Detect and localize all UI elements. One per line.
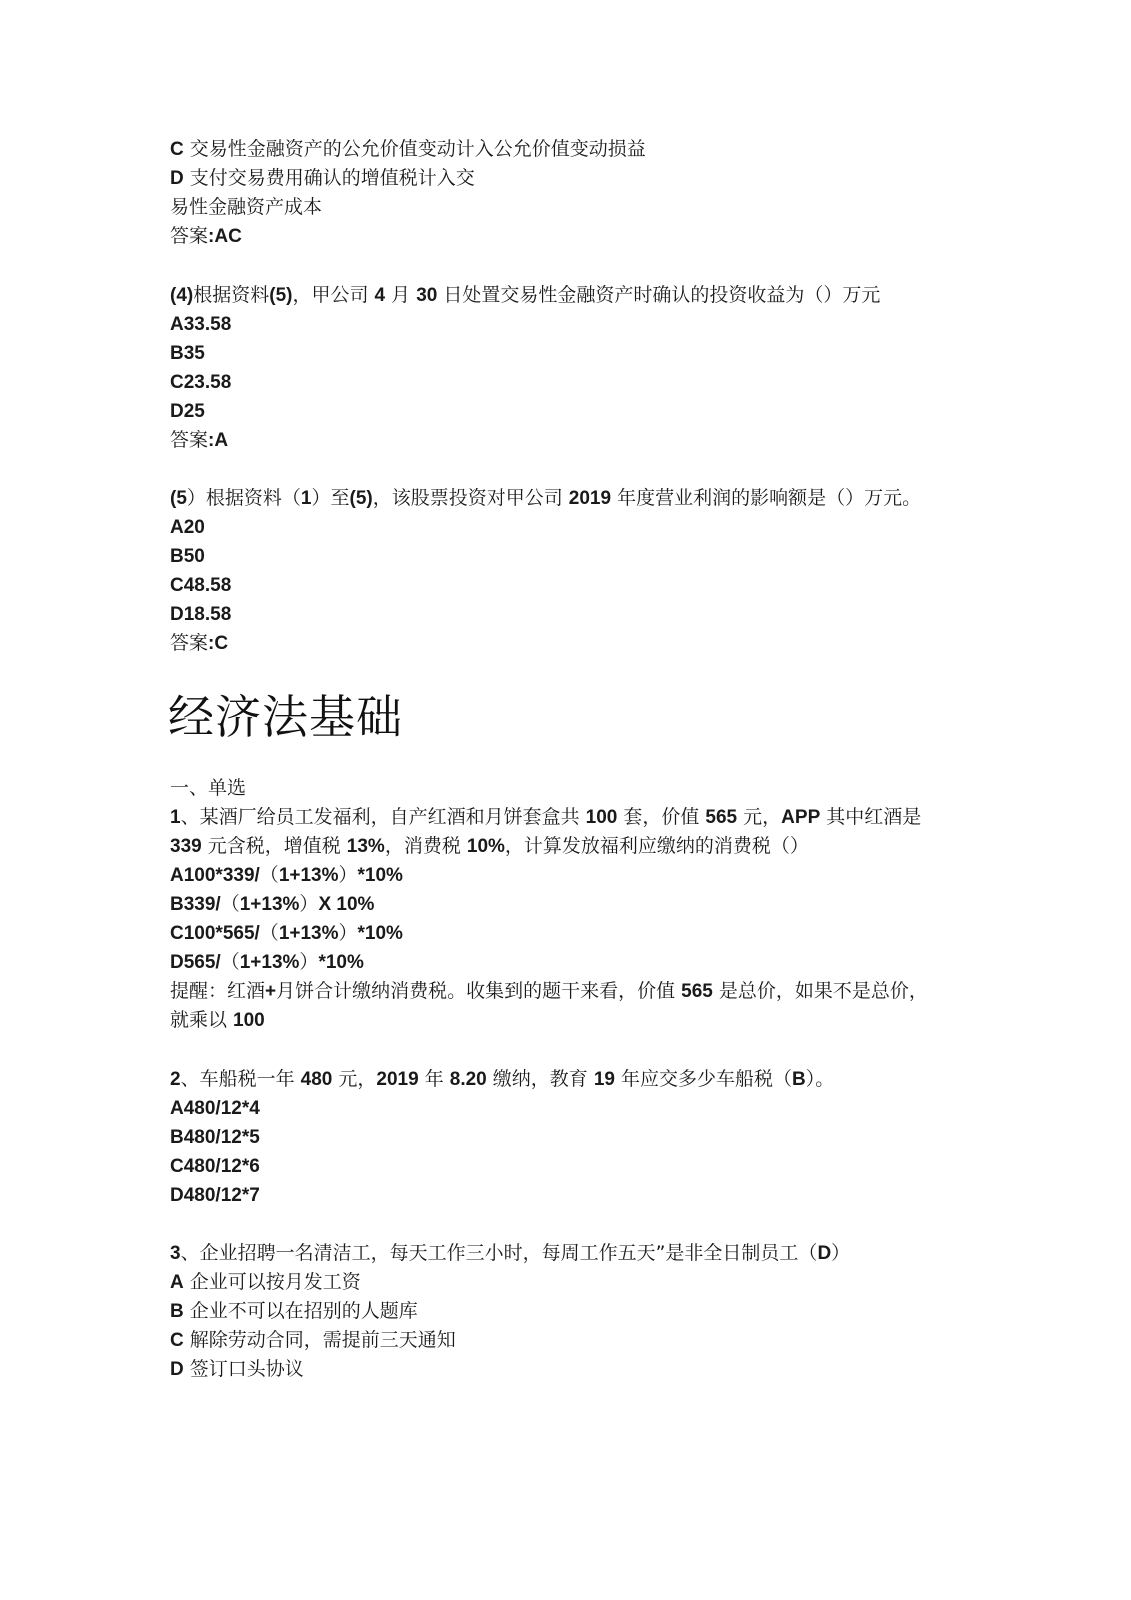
text-run: B50	[170, 546, 205, 567]
text-run: 339	[170, 836, 202, 857]
text-run: ，消费税	[385, 835, 467, 857]
text-run: D18.58	[170, 604, 231, 625]
q5-option-b: B50	[170, 544, 205, 569]
q5-option-a: A20	[170, 515, 205, 540]
text-run: 解除劳动合同，需提前三天通知	[184, 1329, 456, 1351]
section-heading-economic-law: 经济法基础	[168, 690, 403, 744]
text-run: ）	[831, 1242, 850, 1264]
text-run: ）	[299, 893, 318, 915]
e2-option-c: C480/12*6	[170, 1154, 260, 1179]
q4-option-c: C23.58	[170, 370, 231, 395]
text-run: ，该股票投资对甲公司	[373, 487, 569, 509]
text-run: 企业可以按月发工资	[184, 1271, 361, 1293]
text-run: 19	[594, 1069, 615, 1090]
text-run: D25	[170, 401, 205, 422]
text-run: 、某酒厂给员工发福利，自产红酒和月饼套盒共	[181, 806, 586, 828]
text-run: +	[265, 981, 276, 1002]
text-run: APP	[781, 807, 820, 828]
text-run: ）。	[806, 1068, 835, 1090]
text-run: A33.58	[170, 314, 231, 335]
text-run: 元，	[737, 806, 781, 828]
text-run: 1+13%	[240, 894, 300, 915]
text-run: 1+13%	[279, 865, 339, 886]
text-run: *10%	[358, 865, 403, 886]
text-run: 年	[419, 1068, 450, 1090]
text-run: (5)	[350, 488, 373, 509]
text-run: 是总价，如果不是总价，	[713, 980, 928, 1002]
text-run: 一、单选	[170, 777, 246, 799]
text-run: D565/	[170, 952, 221, 973]
text-run: X 10%	[318, 894, 374, 915]
text-run: 30	[416, 285, 437, 306]
e1-stem: 1、某酒厂给员工发福利，自产红酒和月饼套盒共 100 套，价值 565 元，AP…	[170, 805, 921, 830]
q5-answer: 答案:C	[170, 631, 228, 656]
text-run: 交易性金融资产的公允价值变动计入公允价值变动损益	[184, 138, 646, 160]
e1-stem-cont: 339 元含税，增值税 13%，消费税 10%，计算发放福利应缴纳的消费税（）	[170, 834, 809, 859]
text-run: C48.58	[170, 575, 231, 596]
e1-tip: 提醒：红酒+月饼合计缴纳消费税。收集到的题干来看，价值 565 是总价，如果不是…	[170, 979, 928, 1004]
text-run: 月饼合计缴纳消费税。收集到的题干来看，价值	[276, 980, 681, 1002]
e1-option-d: D565/（1+13%）*10%	[170, 950, 364, 975]
q4-option-d: D25	[170, 399, 205, 424]
text-run: 480	[301, 1069, 333, 1090]
q5-option-d: D18.58	[170, 602, 231, 627]
text-run: C100*565/	[170, 923, 260, 944]
text-run: 套，价值	[617, 806, 705, 828]
text-run: C480/12*6	[170, 1156, 260, 1177]
text-run: 缴纳，教育	[487, 1068, 594, 1090]
text-run: ）	[299, 951, 318, 973]
text-run: 3	[170, 1243, 181, 1264]
text-run: B	[170, 1301, 184, 1322]
text-run: D	[170, 1359, 184, 1380]
text-run: 10%	[467, 836, 505, 857]
text-run: 签订口头协议	[184, 1358, 304, 1380]
text-run: (5	[170, 488, 187, 509]
e3-stem: 3、企业招聘一名清洁工，每天工作三小时，每周工作五天”是非全日制员工（D）	[170, 1241, 850, 1266]
text-run: 支付交易费用确认的增值税计入交	[184, 167, 475, 189]
text-run: 企业不可以在招别的人题库	[184, 1300, 418, 1322]
text-run: 1+13%	[240, 952, 300, 973]
q3-answer: 答案:AC	[170, 224, 242, 249]
q3-option-d-cont: 易性金融资产成本	[170, 195, 322, 219]
e2-option-b: B480/12*5	[170, 1125, 260, 1150]
q3-option-d: D 支付交易费用确认的增值税计入交	[170, 166, 475, 191]
q4-option-a: A33.58	[170, 312, 231, 337]
e2-option-d: D480/12*7	[170, 1183, 260, 1208]
text-run: B480/12*5	[170, 1127, 260, 1148]
text-run: ）根据资料（	[187, 487, 301, 509]
text-run: B339/	[170, 894, 221, 915]
text-run: (5)	[269, 285, 292, 306]
text-run: （	[221, 951, 240, 973]
q5-option-c: C48.58	[170, 573, 231, 598]
text-run: ）	[339, 864, 358, 886]
text-run: D	[817, 1243, 831, 1264]
text-run: （	[221, 893, 240, 915]
text-run: 8.20	[450, 1069, 487, 1090]
text-run: A480/12*4	[170, 1098, 260, 1119]
text-run: 1	[170, 807, 181, 828]
e3-option-b: B 企业不可以在招别的人题库	[170, 1299, 418, 1324]
text-run: （	[260, 922, 279, 944]
text-run: C	[170, 139, 184, 160]
text-run: *10%	[318, 952, 363, 973]
section-single-choice: 一、单选	[170, 776, 246, 800]
document-page: 经济法基础 C 交易性金融资产的公允价值变动计入公允价值变动损益D 支付交易费用…	[0, 0, 1131, 1600]
text-run: 元，	[332, 1068, 376, 1090]
text-run: :A	[208, 430, 228, 451]
text-run: 年度营业利润的影响额是（）万元。	[611, 487, 921, 509]
text-run: ）	[339, 922, 358, 944]
text-run: B35	[170, 343, 205, 364]
e1-option-a: A100*339/（1+13%）*10%	[170, 863, 403, 888]
text-run: 1	[301, 488, 312, 509]
text-run: 4	[375, 285, 386, 306]
text-run: *10%	[358, 923, 403, 944]
q5-stem: (5）根据资料（1）至(5)，该股票投资对甲公司 2019 年度营业利润的影响额…	[170, 486, 921, 511]
e1-tip-cont: 就乘以 100	[170, 1008, 265, 1033]
text-run: 565	[705, 807, 737, 828]
e3-option-a: A 企业可以按月发工资	[170, 1270, 361, 1295]
text-run: :AC	[208, 226, 242, 247]
q4-option-b: B35	[170, 341, 205, 366]
text-run: 根据资料	[193, 284, 269, 306]
text-run: B	[792, 1069, 806, 1090]
e3-option-d: D 签订口头协议	[170, 1357, 304, 1382]
text-run: 、企业招聘一名清洁工，每天工作三小时，每周工作五天”是非全日制员工（	[181, 1242, 818, 1264]
text-run: 100	[233, 1010, 265, 1031]
e2-option-a: A480/12*4	[170, 1096, 260, 1121]
text-run: 就乘以	[170, 1009, 233, 1031]
text-run: D480/12*7	[170, 1185, 260, 1206]
e1-option-b: B339/（1+13%）X 10%	[170, 892, 374, 917]
text-run: 2019	[376, 1069, 418, 1090]
e2-stem: 2、车船税一年 480 元，2019 年 8.20 缴纳，教育 19 年应交多少…	[170, 1067, 834, 1092]
text-run: 、车船税一年	[181, 1068, 301, 1090]
text-run: 其中红酒是	[820, 806, 921, 828]
text-run: 答案	[170, 429, 208, 451]
text-run: 易性金融资产成本	[170, 196, 322, 218]
text-run: :C	[208, 633, 228, 654]
text-run: 2	[170, 1069, 181, 1090]
text-run: A20	[170, 517, 205, 538]
text-run: 月	[385, 284, 416, 306]
text-run: 日处置交易性金融资产时确认的投资收益为（）万元	[437, 284, 880, 306]
text-run: 年应交多少车船税（	[615, 1068, 792, 1090]
text-run: C	[170, 1330, 184, 1351]
text-run: ，计算发放福利应缴纳的消费税（）	[505, 835, 809, 857]
text-run: （	[260, 864, 279, 886]
text-run: (4)	[170, 285, 193, 306]
text-run: 2019	[569, 488, 611, 509]
e1-option-c: C100*565/（1+13%）*10%	[170, 921, 403, 946]
text-run: A100*339/	[170, 865, 260, 886]
text-run: C23.58	[170, 372, 231, 393]
text-run: 13%	[347, 836, 385, 857]
text-run: D	[170, 168, 184, 189]
text-run: 565	[681, 981, 713, 1002]
text-run: ）至	[312, 487, 350, 509]
text-run: A	[170, 1272, 184, 1293]
text-run: 答案	[170, 225, 208, 247]
text-run: 元含税，增值税	[202, 835, 347, 857]
q4-answer: 答案:A	[170, 428, 228, 453]
e3-option-c: C 解除劳动合同，需提前三天通知	[170, 1328, 456, 1353]
text-run: 1+13%	[279, 923, 339, 944]
text-run: 提醒：红酒	[170, 980, 265, 1002]
q4-stem: (4)根据资料(5)，甲公司 4 月 30 日处置交易性金融资产时确认的投资收益…	[170, 283, 880, 308]
text-run: 100	[586, 807, 618, 828]
q3-option-c: C 交易性金融资产的公允价值变动计入公允价值变动损益	[170, 137, 646, 162]
text-run: 答案	[170, 632, 208, 654]
text-run: ，甲公司	[292, 284, 374, 306]
